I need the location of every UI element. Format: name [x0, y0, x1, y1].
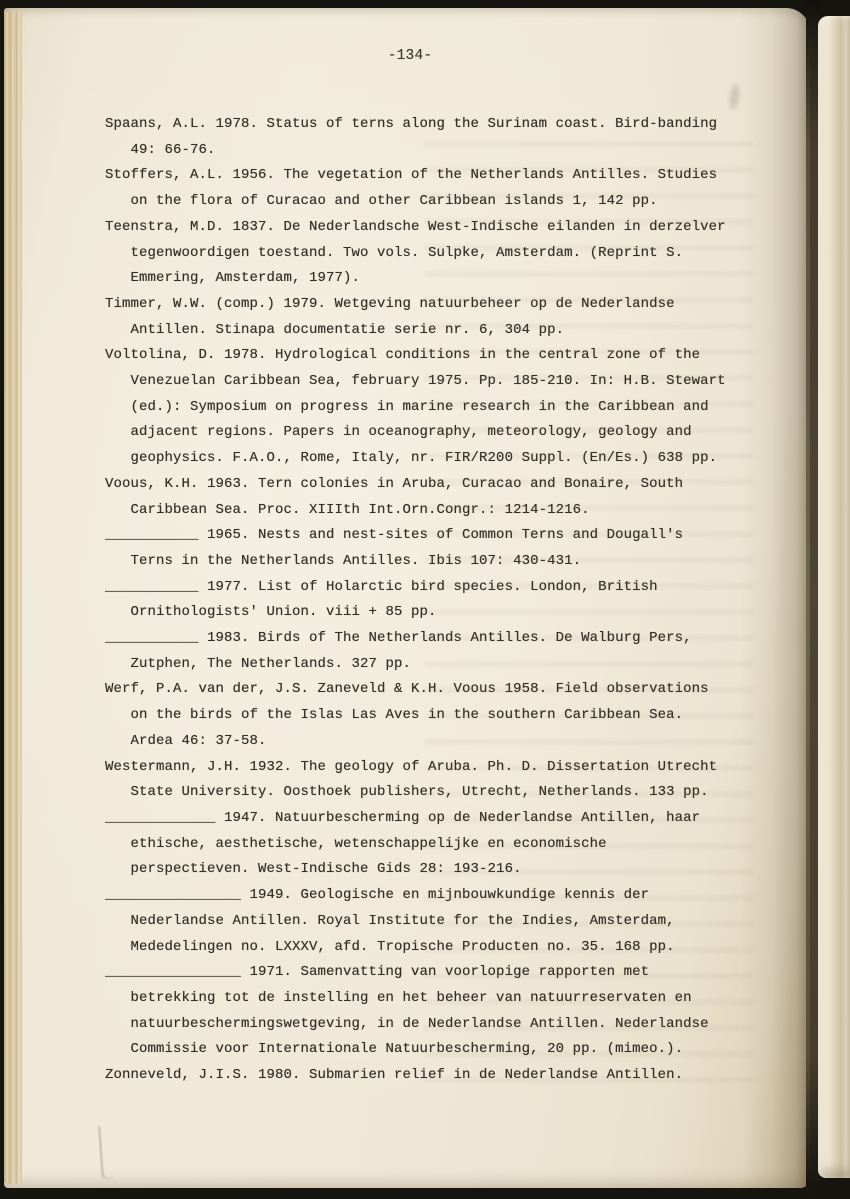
reference-line: ___________ 1983. Birds of The Netherlan… [105, 626, 745, 652]
page-gutter-shadow [740, 8, 810, 1188]
reference-line: Zonneveld, J.I.S. 1980. Submarien relief… [105, 1063, 745, 1089]
reference-line: geophysics. F.A.O., Rome, Italy, nr. FIR… [105, 446, 745, 472]
reference-line: Nederlandse Antillen. Royal Institute fo… [105, 909, 745, 935]
reference-line: Venezuelan Caribbean Sea, february 1975.… [105, 369, 745, 395]
reference-line: natuurbeschermingswetgeving, in de Neder… [105, 1012, 745, 1038]
page-left-edge [4, 12, 22, 1184]
reference-line: Stoffers, A.L. 1956. The vegetation of t… [105, 163, 745, 189]
reference-line: Ornithologists' Union. viii + 85 pp. [105, 600, 745, 626]
pencil-mark [98, 1126, 114, 1180]
reference-line: ________________ 1971. Samenvatting van … [105, 960, 745, 986]
reference-line: ethische, aesthetische, wetenschappelijk… [105, 832, 745, 858]
reference-line: Terns in the Netherlands Antilles. Ibis … [105, 549, 745, 575]
scanned-book-photo: -134- Spaans, A.L. 1978. Status of terns… [0, 0, 850, 1199]
reference-line: Commissie voor Internationale Natuurbesc… [105, 1037, 745, 1063]
reference-line: betrekking tot de instelling en het behe… [105, 986, 745, 1012]
reference-line: State University. Oosthoek publishers, U… [105, 780, 745, 806]
book-page: -134- Spaans, A.L. 1978. Status of terns… [4, 8, 810, 1188]
reference-line: _____________ 1947. Natuurbescherming op… [105, 806, 745, 832]
reference-line: on the birds of the Islas Las Aves in th… [105, 703, 745, 729]
references-text-block: Spaans, A.L. 1978. Status of terns along… [105, 112, 745, 1089]
reference-line: on the flora of Curacao and other Caribb… [105, 189, 745, 215]
reference-line: Teenstra, M.D. 1837. De Nederlandsche We… [105, 215, 745, 241]
reference-line: Ardea 46: 37-58. [105, 729, 745, 755]
reference-line: Mededelingen no. LXXXV, afd. Tropische P… [105, 935, 745, 961]
reference-line: Caribbean Sea. Proc. XIIIth Int.Orn.Cong… [105, 498, 745, 524]
reference-line: (ed.): Symposium on progress in marine r… [105, 395, 745, 421]
reference-line: ___________ 1965. Nests and nest-sites o… [105, 523, 745, 549]
reference-line: Voous, K.H. 1963. Tern colonies in Aruba… [105, 472, 745, 498]
reference-line: ___________ 1977. List of Holarctic bird… [105, 575, 745, 601]
reference-line: 49: 66-76. [105, 138, 745, 164]
reference-line: ________________ 1949. Geologische en mi… [105, 883, 745, 909]
smudge-mark [728, 84, 741, 111]
reference-line: Westermann, J.H. 1932. The geology of Ar… [105, 755, 745, 781]
reference-line: Spaans, A.L. 1978. Status of terns along… [105, 112, 745, 138]
reference-line: Voltolina, D. 1978. Hydrological conditi… [105, 343, 745, 369]
reference-line: Emmering, Amsterdam, 1977). [105, 266, 745, 292]
page-number: -134- [105, 48, 715, 64]
reference-line: perspectieven. West-Indische Gids 28: 19… [105, 857, 745, 883]
facing-page-edge [818, 16, 850, 1178]
reference-line: tegenwoordigen toestand. Two vols. Sulpk… [105, 241, 745, 267]
reference-line: Antillen. Stinapa documentatie serie nr.… [105, 318, 745, 344]
reference-line: Werf, P.A. van der, J.S. Zaneveld & K.H.… [105, 677, 745, 703]
reference-line: adjacent regions. Papers in oceanography… [105, 420, 745, 446]
reference-line: Zutphen, The Netherlands. 327 pp. [105, 652, 745, 678]
reference-line: Timmer, W.W. (comp.) 1979. Wetgeving nat… [105, 292, 745, 318]
